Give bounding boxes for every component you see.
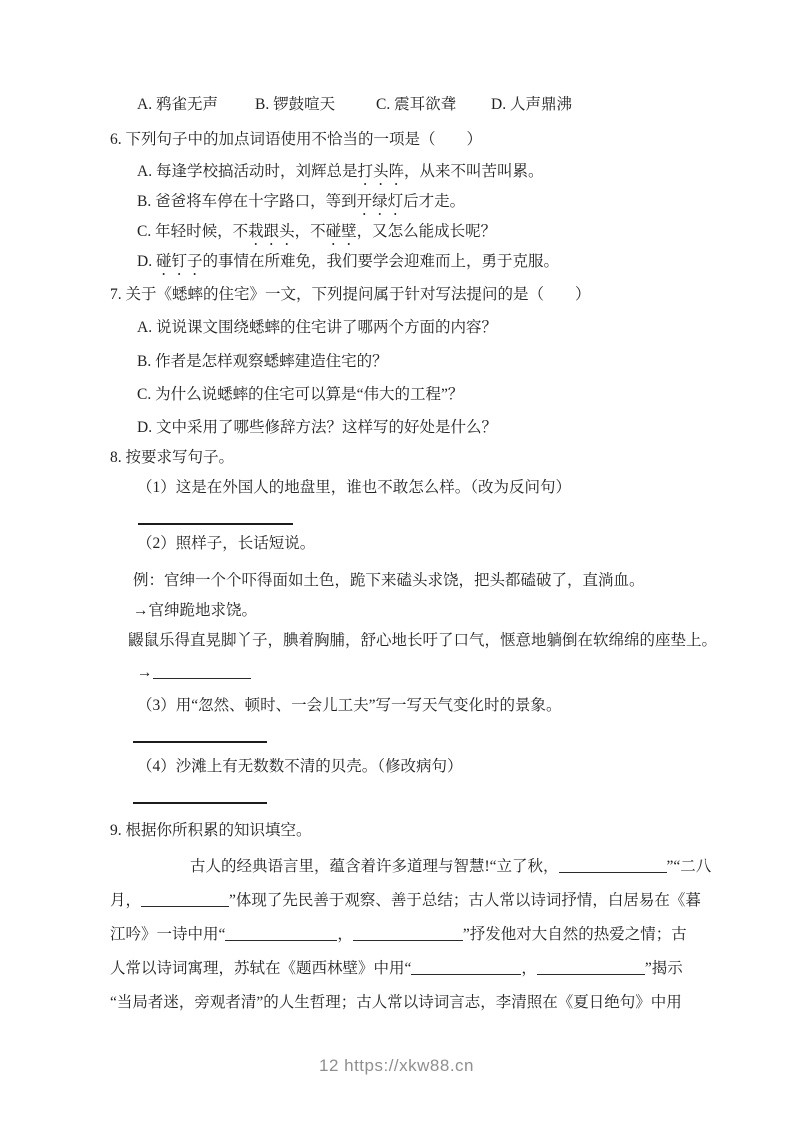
text-run: ”体现了先民善于观察、善于总结；古人常以诗词抒情，白居易在《暮	[229, 892, 701, 909]
q7-option-b: B. 作者是怎样观察蟋蟀建造住宅的？	[137, 351, 733, 373]
q5-options-row: A. 鸦雀无声B. 锣鼓喧天C. 震耳欲聋D. 人声鼎沸	[137, 94, 733, 116]
q9-paragraph-line: 江吟》一诗中用“，”抒发他对大自然的热爱之情；古	[110, 924, 733, 946]
q9-paragraph-line: 人常以诗词寓理，苏轼在《题西林壁》中用“，”揭示	[110, 958, 733, 980]
fill-in-blank	[411, 959, 521, 975]
q8-sub2-answer-row: →	[137, 662, 733, 684]
q8-sub3-answer-line	[133, 741, 267, 743]
text-run: ”抒发他对大自然的热爱之情；古	[463, 926, 687, 943]
emphasized-word: 栽跟头	[248, 223, 295, 240]
q5-option-b: B. 锣鼓喧天	[255, 94, 376, 116]
q6-option-b: B. 爸爸将车停在十字路口，等到开绿灯后才走。	[137, 191, 733, 213]
q8-stem: 8. 按要求写句子。	[110, 447, 733, 469]
q6-option-d: D. 碰钉子的事情在所难免，我们要学会迎难而上，勇于克服。	[137, 251, 733, 273]
q8-sub1-answer-line	[138, 523, 293, 525]
text-run: B. 爸爸将车停在十字路口，等到	[137, 193, 357, 210]
q5-option-a: A. 鸦雀无声	[137, 94, 255, 116]
text-run: 后才走。	[403, 193, 465, 210]
q8-example: 例：官绅一个个吓得面如土色，跪下来磕头求饶，把头都磕破了，直淌血。	[133, 570, 733, 592]
q6-option-a: A. 每逢学校搞活动时，刘辉总是打头阵，从来不叫苦叫累。	[137, 161, 733, 183]
text-run: 月，	[110, 892, 141, 909]
q9-paragraph-line: 古人的经典语言里，蕴含着许多道理与智慧!“立了秋，”“二八	[110, 856, 733, 878]
text-run: A. 每逢学校搞活动时，刘辉总是	[137, 163, 357, 180]
q8-sub4-answer-line	[133, 802, 267, 804]
q8-sentence: 鼹鼠乐得直晃脚丫子，腆着胸脯，舒心地长吁了口气，惬意地躺倒在软绵绵的座垫上。	[128, 630, 733, 652]
q6-option-c: C. 年轻时候，不栽跟头，不碰壁，又怎么能成长呢？	[137, 221, 733, 243]
fill-in-blank	[225, 925, 337, 941]
text-run: D.	[137, 253, 156, 270]
text-run: C. 年轻时候，不	[137, 223, 248, 240]
q8-sub2: （2）照样子，长话短说。	[137, 533, 733, 555]
fill-in-blank	[559, 857, 667, 873]
text-run: 古人的经典语言里，蕴含着许多道理与智慧!“立了秋，	[190, 858, 559, 875]
q9-stem: 9. 根据你所积累的知识填空。	[110, 820, 733, 842]
emphasized-word: 碰壁	[326, 223, 357, 240]
q7-option-c: C. 为什么说蟋蟀的住宅可以算是“伟大的工程”？	[137, 384, 733, 406]
page-footer: 12 https://xkw88.cn	[0, 1056, 793, 1076]
emphasized-word: 打头阵	[357, 163, 404, 180]
q8-sub3: （3）用“忽然、顿时、一会儿工夫”写一写天气变化时的景象。	[137, 695, 733, 717]
fill-in-blank	[153, 663, 251, 679]
text-run: ，又怎么能成长呢？	[357, 223, 497, 240]
q8-example-answer: →官绅跪地求饶。	[133, 600, 733, 622]
q6-stem: 6. 下列句子中的加点词语使用不恰当的一项是（ ）	[110, 129, 733, 151]
text-run: “当局者迷，旁观者清”的人生哲理；古人常以诗词言志，李清照在《夏日绝句》中用	[110, 994, 682, 1011]
arrow-glyph: →	[137, 664, 153, 681]
q5-option-d: D. 人声鼎沸	[491, 94, 572, 116]
text-run: 人常以诗词寓理，苏轼在《题西林壁》中用“	[110, 960, 411, 977]
emphasized-word: 碰钉子	[156, 253, 203, 270]
text-run: 的事情在所难免，我们要学会迎难而上，勇于克服。	[202, 253, 559, 270]
q7-option-d: D. 文中采用了哪些修辞方法？这样写的好处是什么？	[137, 417, 733, 439]
q5-option-c: C. 震耳欲聋	[376, 94, 491, 116]
text-run: ”揭示	[645, 960, 683, 977]
q9-paragraph-line: 月，”体现了先民善于观察、善于总结；古人常以诗词抒情，白居易在《暮	[110, 890, 733, 912]
q7-stem: 7. 关于《蟋蟀的住宅》一文，下列提问属于针对写法提问的是（ ）	[110, 284, 733, 306]
text-run: ，	[337, 926, 353, 943]
q7-option-a: A. 说说课文围绕蟋蟀的住宅讲了哪两个方面的内容？	[137, 317, 733, 339]
text-run: 江吟》一诗中用“	[110, 926, 225, 943]
text-run: ，从来不叫苦叫累。	[404, 163, 544, 180]
exam-page: A. 鸦雀无声B. 锣鼓喧天C. 震耳欲聋D. 人声鼎沸 6. 下列句子中的加点…	[0, 0, 793, 1122]
fill-in-blank	[141, 891, 229, 907]
text-run: ，	[521, 960, 537, 977]
q8-sub4: （4）沙滩上有无数数不清的贝壳。（修改病句）	[137, 756, 733, 778]
fill-in-blank	[353, 925, 463, 941]
q8-sub1: （1）这是在外国人的地盘里，谁也不敢怎么样。（改为反问句）	[137, 477, 733, 499]
emphasized-word: 开绿灯	[357, 193, 404, 210]
text-run: ”“二八	[667, 858, 712, 875]
text-run: ，不	[295, 223, 326, 240]
fill-in-blank	[537, 959, 645, 975]
q9-paragraph-line: “当局者迷，旁观者清”的人生哲理；古人常以诗词言志，李清照在《夏日绝句》中用	[110, 992, 733, 1014]
